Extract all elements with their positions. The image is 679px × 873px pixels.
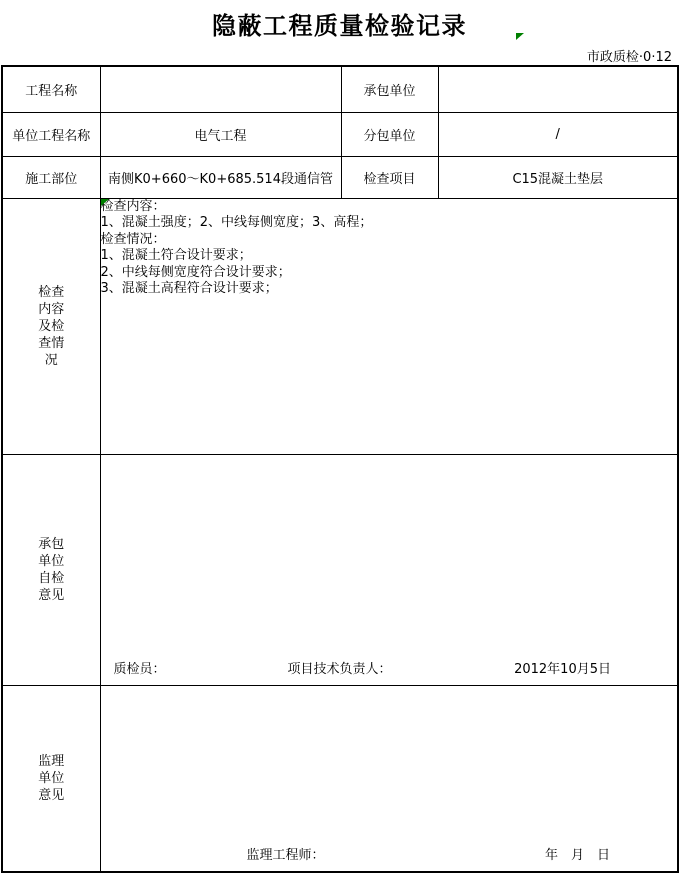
form-table: 工程名称 承包单位 单位工程名称 电气工程 分包单位 / 施工部位 南侧K0+6…: [1, 65, 679, 873]
green-flag-icon: [516, 33, 524, 40]
table-row: 承包单位自检意见 质检员： 项目技术负责人： 2012年10月5日: [2, 454, 678, 685]
contractor-date: 2012年10月5日: [514, 658, 611, 677]
inspector-signature-label: 质检员：: [114, 658, 166, 677]
label-unit-project-name: 单位工程名称: [2, 112, 100, 156]
inspection-section-label: 检查内容及检查情况: [2, 198, 100, 454]
value-unit-project-name[interactable]: 电气工程: [100, 112, 341, 156]
label-subcontract-unit: 分包单位: [341, 112, 438, 156]
inspection-content-text: 检查内容：1、混凝土强度；2、中线每侧宽度；3、高程；检查情况：1、混凝土符合设…: [101, 199, 678, 298]
value-construction-part[interactable]: 南侧K0+660～K0+685.514段通信管: [100, 156, 341, 198]
form-sheet: 工程名称 承包单位 单位工程名称 电气工程 分包单位 / 施工部位 南侧K0+6…: [1, 65, 679, 873]
table-row: 施工部位 南侧K0+660～K0+685.514段通信管 检查项目 C15混凝土…: [2, 156, 678, 198]
contractor-opinion-cell[interactable]: 质检员： 项目技术负责人： 2012年10月5日: [100, 454, 678, 685]
supervisor-date-placeholder: 年 月 日: [545, 844, 610, 863]
label-project-name: 工程名称: [2, 66, 100, 112]
inspection-content-cell[interactable]: 检查内容：1、混凝土强度；2、中线每侧宽度；3、高程；检查情况：1、混凝土符合设…: [100, 198, 678, 454]
supervisor-engineer-label: 监理工程师：: [247, 844, 325, 863]
supervisor-opinion-cell[interactable]: 监理工程师： 年 月 日: [100, 685, 678, 872]
value-subcontract-unit[interactable]: /: [438, 112, 678, 156]
value-contract-unit[interactable]: [438, 66, 678, 112]
value-project-name[interactable]: [100, 66, 341, 112]
table-row: 监理单位意见 监理工程师： 年 月 日: [2, 685, 678, 872]
tech-lead-signature-label: 项目技术负责人：: [288, 658, 392, 677]
cell-corner-flag-icon: [101, 199, 109, 206]
label-check-item: 检查项目: [341, 156, 438, 198]
value-check-item[interactable]: C15混凝土垫层: [438, 156, 678, 198]
supervisor-section-label: 监理单位意见: [2, 685, 100, 872]
label-contract-unit: 承包单位: [341, 66, 438, 112]
label-construction-part: 施工部位: [2, 156, 100, 198]
page-title: 隐蔽工程质量检验记录: [0, 6, 679, 41]
contractor-section-label: 承包单位自检意见: [2, 454, 100, 685]
doc-code: 市政质检·0·12: [587, 46, 672, 65]
table-row: 检查内容及检查情况 检查内容：1、混凝土强度；2、中线每侧宽度；3、高程；检查情…: [2, 198, 678, 454]
table-row: 工程名称 承包单位: [2, 66, 678, 112]
table-row: 单位工程名称 电气工程 分包单位 /: [2, 112, 678, 156]
